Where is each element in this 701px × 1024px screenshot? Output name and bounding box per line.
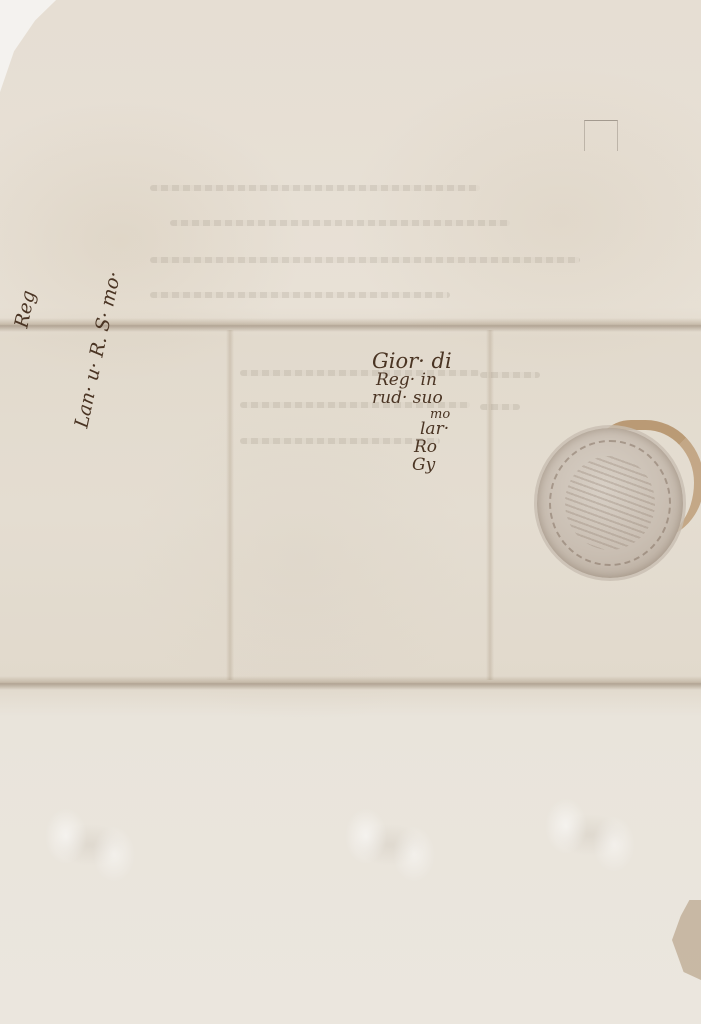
vertical-fold-left — [226, 330, 234, 680]
endorsement-line: Gior· di — [372, 350, 472, 372]
pencil-mark — [584, 120, 618, 151]
left-vertical-annotation: Reg Lan· u· R. S· mo· — [10, 110, 120, 320]
endorsement-line: Gy — [372, 457, 472, 475]
center-endorsement: Gior· di Reg· in rud· suo mo lar· Ro Gy — [372, 350, 472, 475]
seal-impression — [30, 800, 150, 890]
vertical-fold-right — [486, 330, 494, 680]
endorsement-line: rud· suo — [372, 390, 472, 408]
horizontal-fold-lower — [0, 676, 701, 690]
seal-impression — [330, 800, 450, 890]
seal-impression — [530, 790, 650, 880]
wax-seal-icon — [537, 428, 683, 578]
